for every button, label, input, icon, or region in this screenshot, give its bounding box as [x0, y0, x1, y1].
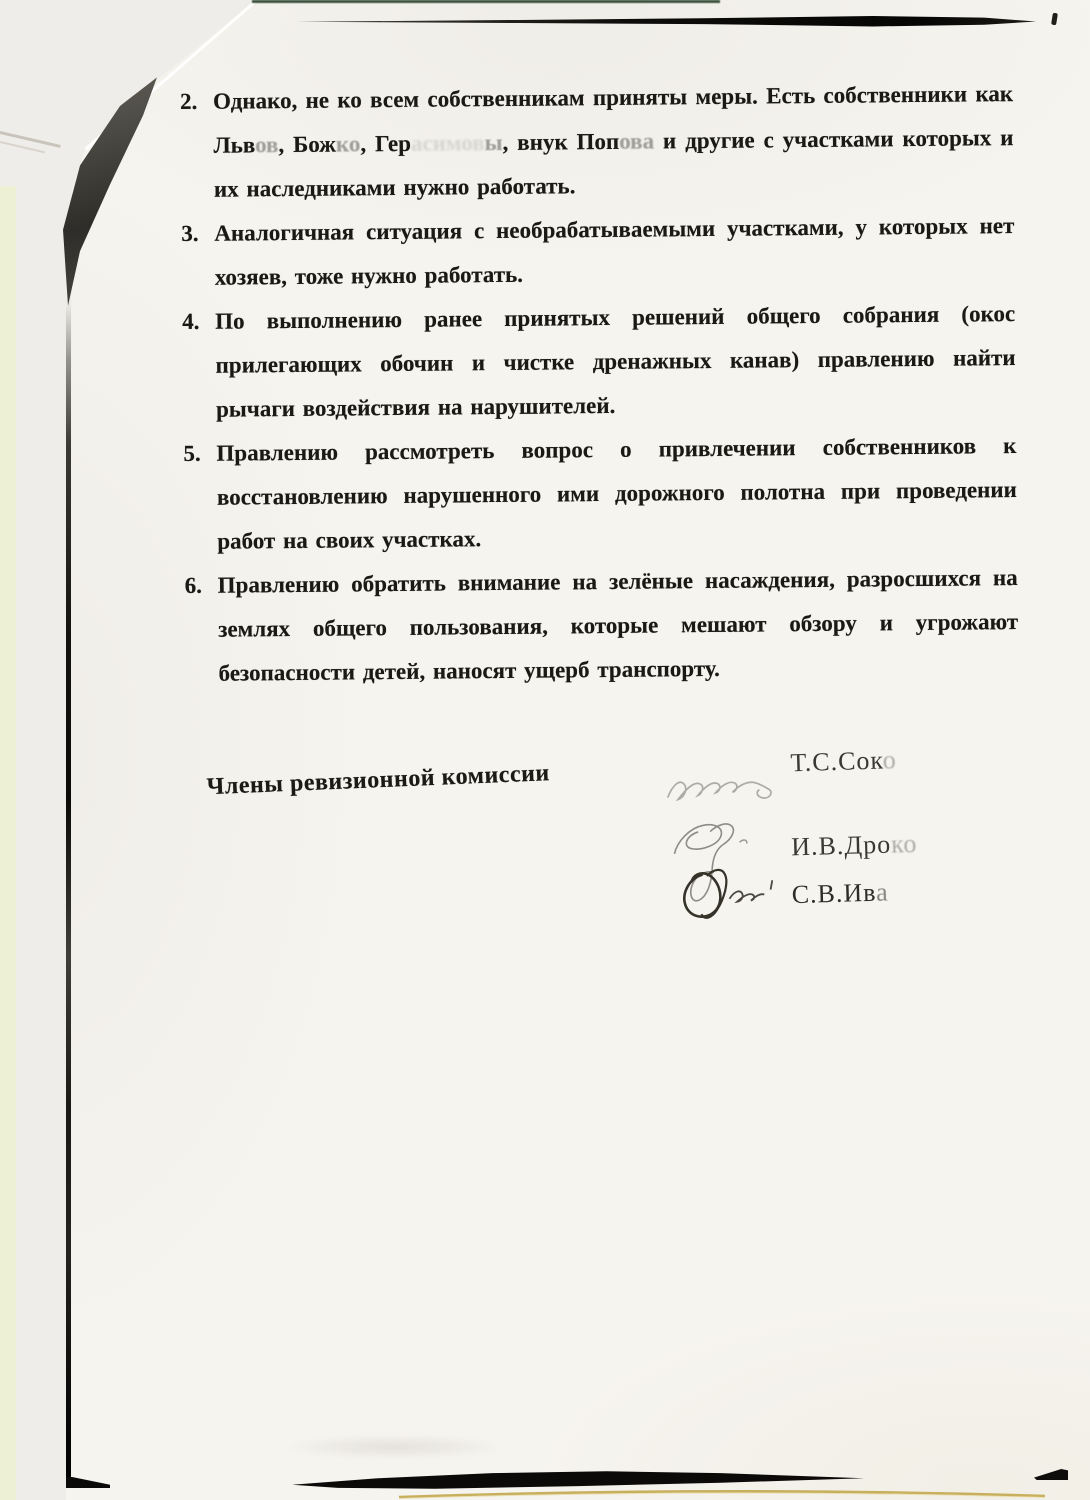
item-number: 5. [183, 432, 201, 476]
list-item: 6.Правлению обратить внимание на зелёные… [218, 556, 1019, 696]
redacted-name-fragment: ко [336, 131, 361, 156]
redacted-name-fragment: ова [619, 129, 654, 154]
list-item: 5.Правлению рассмотреть вопрос о привлеч… [216, 424, 1017, 564]
item-number: 4. [182, 300, 200, 344]
list-item: 4.По выполнению ранее принятых решений о… [215, 292, 1016, 432]
redacted-name-fragment: ы [484, 130, 502, 155]
signer-name-3-faded: а [876, 877, 889, 906]
item-text: Бож [293, 132, 336, 157]
signer-name-1: Т.С.Соко [790, 745, 897, 778]
signer-name-2-faded: ко [891, 829, 918, 859]
item-text: Однако, не ко всем собственникам приняты… [213, 81, 1013, 114]
redacted-name-fragment: ов [255, 132, 279, 157]
item-number: 2. [180, 80, 198, 124]
list-item: 2.Однако, не ко всем собственникам приня… [213, 72, 1014, 212]
document-content: 2.Однако, не ко всем собственникам приня… [0, 0, 1090, 1500]
item-number: 6. [185, 564, 203, 608]
signer-name-2-visible: И.В.Дро [791, 830, 892, 862]
item-text: , внук Поп [502, 129, 619, 155]
redacted-name-fragment: асимов [411, 130, 485, 156]
list-item: 3.Аналогичная ситуация с необрабатываемы… [214, 204, 1015, 300]
item-text: Гер [375, 131, 411, 156]
item-text: Правлению рассмотреть вопрос о привлечен… [216, 433, 1017, 554]
item-text: Аналогичная ситуация с необрабатываемыми… [214, 213, 1014, 290]
signature-stroke-1 [658, 750, 793, 817]
item-text: , [360, 131, 375, 156]
item-text: Правлению обратить внимание на зелёные н… [218, 565, 1019, 686]
scanned-document-page: 2.Однако, не ко всем собственникам приня… [0, 0, 1090, 1500]
item-text: Льв [213, 132, 255, 157]
signer-name-2: И.В.Дроко [791, 829, 918, 862]
signer-name-3: С.В.Ива [791, 877, 889, 910]
commission-members-label: Члены ревизионной комиссии [206, 760, 550, 801]
signer-name-3-visible: С.В.Ив [791, 878, 876, 909]
item-text: По выполнению ранее принятых решений общ… [215, 301, 1016, 422]
item-text: , [278, 132, 293, 157]
signer-name-1-faded: о [882, 745, 897, 774]
signer-name-1-visible: Т.С.Сок [790, 746, 883, 778]
item-number: 3. [181, 212, 199, 256]
numbered-list: 2.Однако, не ко всем собственникам приня… [213, 72, 1019, 696]
